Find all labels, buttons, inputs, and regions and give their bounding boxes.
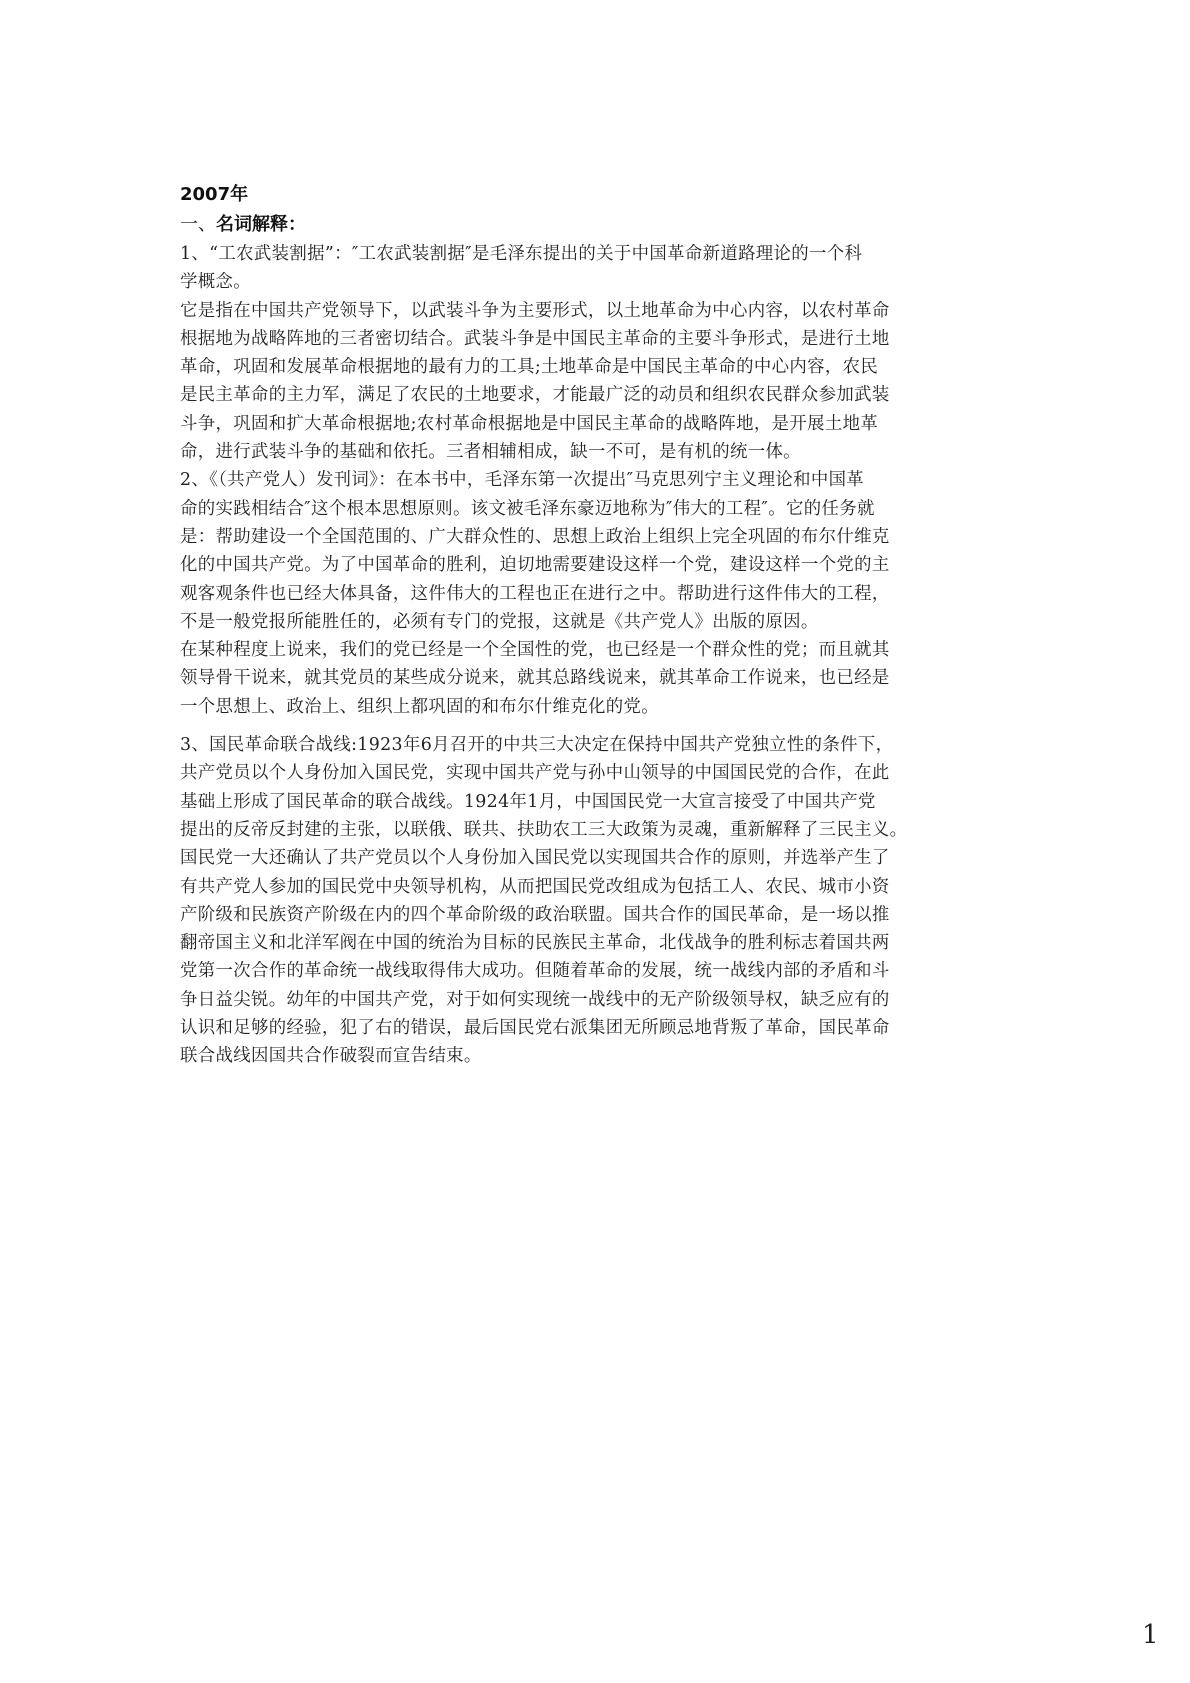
- text-line: 革命，巩固和发展革命根据地的最有力的工具;土地革命是中国民主革命的中心内容，农民: [180, 353, 1020, 381]
- term-item-3: 3、国民革命联合战线:1923年6月召开的中共三大决定在保持中国共产党独立性的条…: [180, 731, 1020, 1071]
- text-line: 观客观条件也已经大体具备，这件伟大的工程也正在进行之中。帮助进行这件伟大的工程，: [180, 580, 1020, 608]
- section-heading: 一、名词解释：: [180, 210, 1020, 240]
- text-line: 产阶级和民族资产阶级在内的四个革命阶级的政治联盟。国共合作的国民革命，是一场以推: [180, 901, 1020, 929]
- document-body: 2007年 一、名词解释： 1、“工农武装割据”：″工农武装割据″是毛泽东提出的…: [180, 180, 1020, 1071]
- year-heading: 2007年: [180, 180, 1020, 210]
- text-line: 命的实践相结合″这个根本思想原则。该文被毛泽东豪迈地称为″伟大的工程″。它的任务…: [180, 495, 1020, 523]
- text-line: 3、国民革命联合战线:1923年6月召开的中共三大决定在保持中国共产党独立性的条…: [180, 731, 1020, 759]
- text-line: 化的中国共产党。为了中国革命的胜利，迫切地需要建设这样一个党，建设这样一个党的主: [180, 551, 1020, 579]
- paragraph-gap: [180, 721, 1020, 731]
- text-line: 领导骨干说来，就其党员的某些成分说来，就其总路线说来，就其革命工作说来，也已经是: [180, 664, 1020, 692]
- text-line: 共产党员以个人身份加入国民党，实现中国共产党与孙中山领导的中国国民党的合作，在此: [180, 759, 1020, 787]
- text-line: 党第一次合作的革命统一战线取得伟大成功。但随着革命的发展，统一战线内部的矛盾和斗: [180, 957, 1020, 985]
- text-line: 联合战线因国共合作破裂而宣告结束。: [180, 1042, 1020, 1070]
- text-line: 命，进行武装斗争的基础和依托。三者相辅相成，缺一不可，是有机的统一体。: [180, 438, 1020, 466]
- term-item-1: 1、“工农武装割据”：″工农武装割据″是毛泽东提出的关于中国革命新道路理论的一个…: [180, 240, 1020, 466]
- text-line: 提出的反帝反封建的主张，以联俄、联共、扶助农工三大政策为灵魂，重新解释了三民主义…: [180, 816, 1020, 844]
- text-line: 它是指在中国共产党领导下，以武装斗争为主要形式，以土地革命为中心内容，以农村革命: [180, 297, 1020, 325]
- section-heading-text: 名词解释：: [216, 214, 306, 235]
- text-line: 国民党一大还确认了共产党员以个人身份加入国民党以实现国共合作的原则，并选举产生了: [180, 844, 1020, 872]
- section-heading-prefix: 一、: [180, 214, 216, 235]
- text-line: 有共产党人参加的国民党中央领导机构，从而把国民党改组成为包括工人、农民、城市小资: [180, 873, 1020, 901]
- text-line: 根据地为战略阵地的三者密切结合。武装斗争是中国民主革命的主要斗争形式，是进行土地: [180, 325, 1020, 353]
- term-item-2: 2、《（共产党人）发刊词》：在本书中，毛泽东第一次提出″马克思列宁主义理论和中国…: [180, 466, 1020, 721]
- text-line: 基础上形成了国民革命的联合战线。1924年1月，中国国民党一大宣言接受了中国共产…: [180, 788, 1020, 816]
- page-number: 1: [1142, 1620, 1159, 1650]
- text-line: 是民主革命的主力军，满足了农民的土地要求，才能最广泛的动员和组织农民群众参加武装: [180, 381, 1020, 409]
- text-line: 学概念。: [180, 268, 1020, 296]
- text-line: 斗争，巩固和扩大革命根据地;农村革命根据地是中国民主革命的战略阵地，是开展土地革: [180, 410, 1020, 438]
- text-line: 争日益尖锐。幼年的中国共产党，对于如何实现统一战线中的无产阶级领导权，缺乏应有的: [180, 986, 1020, 1014]
- text-line: 翻帝国主义和北洋军阀在中国的统治为目标的民族民主革命，北伐战争的胜利标志着国共两: [180, 929, 1020, 957]
- text-line: 不是一般党报所能胜任的，必须有专门的党报，这就是《共产党人》出版的原因。: [180, 608, 1020, 636]
- text-line: 一个思想上、政治上、组织上都巩固的和布尔什维克化的党。: [180, 693, 1020, 721]
- text-line: 1、“工农武装割据”：″工农武装割据″是毛泽东提出的关于中国革命新道路理论的一个…: [180, 240, 1020, 268]
- text-line: 认识和足够的经验，犯了右的错误，最后国民党右派集团无所顾忌地背叛了革命，国民革命: [180, 1014, 1020, 1042]
- document-page: 2007年 一、名词解释： 1、“工农武装割据”：″工农武装割据″是毛泽东提出的…: [0, 0, 1190, 1683]
- text-line: 2、《（共产党人）发刊词》：在本书中，毛泽东第一次提出″马克思列宁主义理论和中国…: [180, 466, 1020, 494]
- text-line: 在某种程度上说来，我们的党已经是一个全国性的党，也已经是一个群众性的党；而且就其: [180, 636, 1020, 664]
- text-line: 是：帮助建设一个全国范围的、广大群众性的、思想上政治上组织上完全巩固的布尔什维克: [180, 523, 1020, 551]
